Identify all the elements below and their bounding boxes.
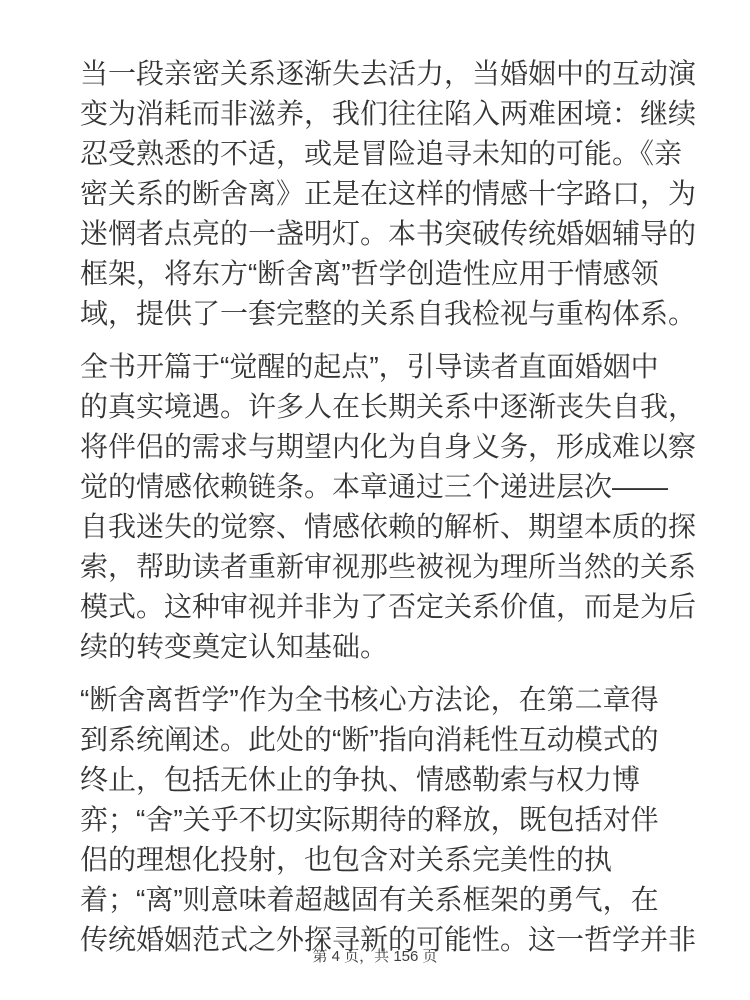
paragraph-2: 全书开篇于“觉醒的起点”，引导读者直面婚姻中 的真实境遇。许多人在长期关系中逐渐… (80, 347, 672, 667)
text-line: 索，帮助读者重新审视那些被视为理所当然的关系 (80, 547, 672, 587)
text-line: 变为消耗而非滋养，我们往往陷入两难困境：继续 (80, 94, 672, 134)
paragraph-3: “断舍离哲学”作为全书核心方法论，在第二章得 到系统阐述。此处的“断”指向消耗性… (80, 680, 672, 960)
page-indicator: 第 4 页，共 156 页 (0, 947, 750, 967)
text-line: 弈；“舍”关乎不切实际期待的释放，既包括对伴 (80, 800, 672, 840)
document-page: 当一段亲密关系逐渐失去活力，当婚姻中的互动演 变为消耗而非滋养，我们往往陷入两难… (0, 0, 750, 1000)
text-line: “断舍离哲学”作为全书核心方法论，在第二章得 (80, 680, 672, 720)
text-line: 将伴侣的需求与期望内化为自身义务，形成难以察 (80, 427, 672, 467)
text-line: 全书开篇于“觉醒的起点”，引导读者直面婚姻中 (80, 347, 672, 387)
text-line: 续的转变奠定认知基础。 (80, 627, 672, 667)
text-line: 自我迷失的觉察、情感依赖的解析、期望本质的探 (80, 507, 672, 547)
text-line: 的真实境遇。许多人在长期关系中逐渐丧失自我， (80, 387, 672, 427)
text-line: 框架，将东方“断舍离”哲学创造性应用于情感领 (80, 254, 672, 294)
paragraph-1: 当一段亲密关系逐渐失去活力，当婚姻中的互动演 变为消耗而非滋养，我们往往陷入两难… (80, 54, 672, 334)
text-line: 着；“离”则意味着超越固有关系框架的勇气，在 (80, 880, 672, 920)
text-line: 觉的情感依赖链条。本章通过三个递进层次—— (80, 467, 672, 507)
text-line: 模式。这种审视并非为了否定关系价值，而是为后 (80, 587, 672, 627)
text-line: 终止，包括无休止的争执、情感勒索与权力博 (80, 760, 672, 800)
text-line: 到系统阐述。此处的“断”指向消耗性互动模式的 (80, 720, 672, 760)
text-line: 当一段亲密关系逐渐失去活力，当婚姻中的互动演 (80, 54, 672, 94)
document-text: 当一段亲密关系逐渐失去活力，当婚姻中的互动演 变为消耗而非滋养，我们往往陷入两难… (80, 54, 672, 973)
text-line: 忍受熟悉的不适，或是冒险追寻未知的可能。《亲 (80, 134, 672, 174)
text-line: 密关系的断舍离》正是在这样的情感十字路口，为 (80, 174, 672, 214)
text-line: 域，提供了一套完整的关系自我检视与重构体系。 (80, 294, 672, 334)
text-line: 迷惘者点亮的一盏明灯。本书突破传统婚姻辅导的 (80, 214, 672, 254)
text-line: 侣的理想化投射，也包含对关系完美性的执 (80, 840, 672, 880)
